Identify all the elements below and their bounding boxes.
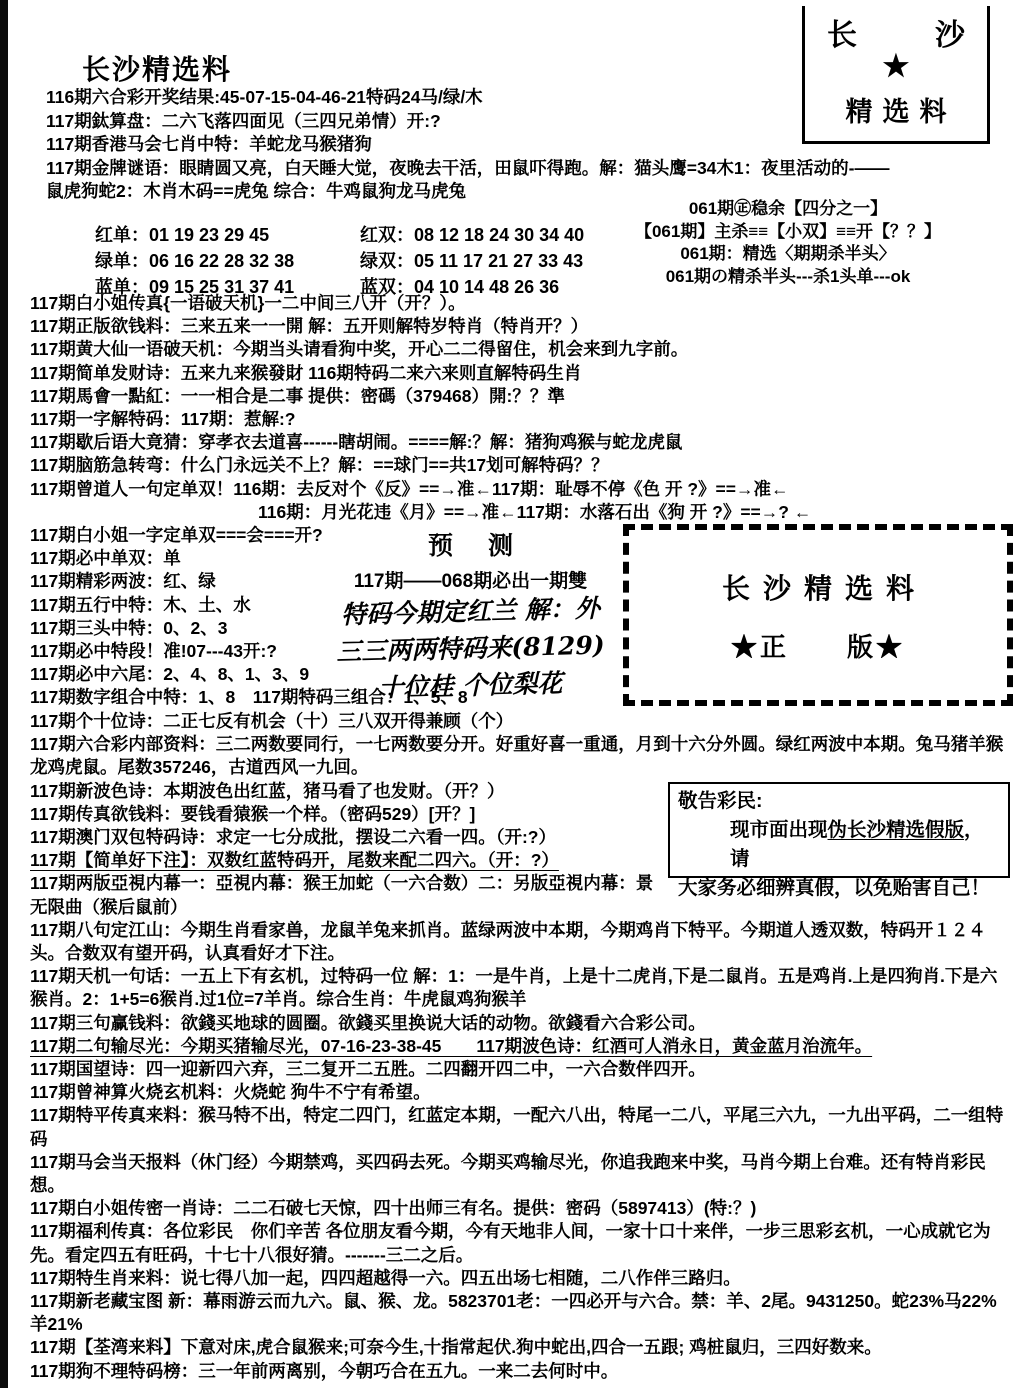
notice-box: 敬告彩民: 现市面出现伪长沙精选假版，请 大家务必细辨真假，以免贻害自己！ (668, 782, 1010, 878)
block-061-line: 061期の精杀半头---杀1头单---ok (573, 266, 1003, 289)
color-row-green: 绿单：06 16 22 28 32 38 绿双：05 11 17 21 27 3… (60, 248, 584, 274)
red-odd-cell: 红单：01 19 23 29 45 (60, 222, 360, 248)
tips-line: 116期：月光花违《月》==→准←117期：水落石出《狗 开 ?》==→? ← (30, 501, 1010, 524)
green-even-cell: 绿双：05 11 17 21 27 33 43 (360, 248, 583, 274)
body-line: 117期特平传真来料：猴马特不出，特定二四门，红蓝定本期，一配六八出，特尾一二八… (30, 1104, 1010, 1150)
body-line: 117期【荃湾来料】下意对床,虎合鼠猴来;可奈今生,十指常起伏.狗中蛇出,四合一… (30, 1336, 1010, 1359)
body-line: 117期个十位诗：二正七反有机会（十）三八双开得兼顾（个） (30, 710, 1010, 733)
body-line-underlined: 117期二句输尽光：今期买猪输尽光，07-16-23-38-45 117期波色诗… (30, 1035, 1010, 1058)
stamp-subtitle: ★正 版★ (731, 627, 905, 664)
notice-text-pre: 现市面出现 (730, 819, 828, 841)
page: { "masthead": { "line1a": "长", "line1b":… (0, 0, 1013, 1388)
prediction-center: 预 测 117期——068期必出一期雙 特码今期定红兰 解：外 三三两两特码来(… (298, 526, 643, 704)
color-row-red: 红单：01 19 23 29 45 红双：08 12 18 24 30 34 4… (60, 222, 584, 248)
masthead-char-chang: 长 (827, 10, 857, 54)
notice-heading: 敬告彩民: (678, 787, 1000, 816)
body-line: 117期狗不理特码榜：三一年前两离别，今朝巧合在五九。一来二去何时中。 (30, 1360, 1010, 1383)
tips-line: 117期馬會一點紅：一一相合是二事 提供：密碼（379468）開:？？準 (30, 385, 1010, 408)
stamp-title: 长沙精选料 (709, 567, 927, 607)
block-061-line: 【061期】主杀≡≡【小双】≡≡开【？？】 (573, 221, 1003, 244)
tips-line: 117期歇后语大竟猜：穿孝衣去道喜------瞎胡闹。====解:？解：猪狗鸡猴… (30, 431, 1010, 454)
page-title: 长沙精选料 (82, 48, 232, 88)
header-line: 117期香港马会七肖中特：羊蛇龙马猴猪狗 (46, 133, 836, 157)
notice-text: 大家务必细辨真假，以免贻害自己！ (678, 874, 1000, 903)
body-line: 117期国望诗：四一迎新四六弃，三二复开二五胜。二四翻开四二中，一六合数伴四开。 (30, 1058, 1010, 1081)
notice-text: 现市面出现伪长沙精选假版，请 (678, 816, 1000, 874)
body-line: 117期马会当天报料（休门经）今期禁鸡，买四码去死。今期买鸡输尽光，你追我跑来中… (30, 1151, 1010, 1197)
green-odd-cell: 绿单：06 16 22 28 32 38 (60, 248, 360, 274)
body-line: 117期白小姐传密一肖诗：二二石破七天惊，四十出师三有名。提供：密码（58974… (30, 1197, 1010, 1220)
masthead-line1: 长 沙 (805, 10, 987, 54)
notice-text-underlined: 伪长沙精选假版 (828, 819, 965, 841)
body-line: 117期特生肖来料：说七得八加一起，四四超越得一六。四五出场七相随，二八作伴三路… (30, 1267, 1010, 1290)
red-even-cell: 红双：08 12 18 24 30 34 40 (360, 222, 584, 248)
tips-line: 117期曾道人一句定单双！116期：去反对个《反》==→准←117期：耻辱不停《… (30, 478, 1010, 501)
masthead-char-sha: 沙 (935, 10, 965, 54)
colors-table: 红单：01 19 23 29 45 红双：08 12 18 24 30 34 4… (60, 222, 584, 300)
block-061: 061期㊣稳余【四分之一】 【061期】主杀≡≡【小双】≡≡开【？？】 061期… (573, 198, 1003, 288)
handwritten-note: 十位桂 个位梨花 (298, 662, 644, 708)
body-section: 117期个十位诗：二正七反有机会（十）三八双开得兼顾（个） 117期六合彩内部资… (30, 710, 1010, 1383)
body-line: 117期福利传真：各位彩民 你们辛苦 各位朋友看今期，今有天地非人间，一家十口十… (30, 1220, 1010, 1266)
body-line: 117期三句赢钱料：欲錢买地球的圆圈。欲錢买里换说大话的动物。欲錢看六合彩公司。 (30, 1012, 1010, 1035)
body-line: 117期天机一句话：一五上下有玄机，过特码一位 解：1：一是牛肖，上是十二虎肖,… (30, 965, 1010, 1011)
tips-section: 117期白小姐传真{一语破天机}一二中间三八开（开？）。 117期正版欲钱料：三… (30, 292, 1010, 524)
left-edge-bar (0, 0, 8, 1388)
tips-line: 117期简单发财诗：五来九来猴發財 116期特码二来六来则直解特码生肖 (30, 362, 1010, 385)
tips-line: 117期黄大仙一语破天机：今期当头请看狗中奖，开心二二得留住，机会来到九字前。 (30, 338, 1010, 361)
tips-line: 117期白小姐传真{一语破天机}一二中间三八开（开？）。 (30, 292, 1010, 315)
body-line: 117期六合彩内部资料：三二两数要同行，一七两数要分开。好重好喜一重通，月到十六… (30, 733, 1010, 779)
tips-line: 117期一字解特码：117期：惹解:? (30, 408, 1010, 431)
prediction-section: 117期白小姐一字定单双===会===开? 117期必中单双：单 117期精彩两… (30, 524, 1013, 714)
star-icon: ★ (805, 54, 987, 80)
block-061-line: 061期：精选〈期期杀半头〉 (573, 243, 1003, 266)
header-line: 117期金牌谜语：眼睛圆又亮，白天睡大觉，夜晚去干活，田鼠吓得跑。解：猫头鹰=3… (46, 157, 836, 181)
stamp-box: 长沙精选料 ★正 版★ (623, 524, 1013, 706)
body-line: 117期八句定江山：今期生肖看家兽，龙鼠羊兔来抓肖。蓝绿两波中本期，今期鸡肖下特… (30, 919, 1010, 965)
prediction-title: 预 测 (298, 526, 643, 562)
header-section: 116期六合彩开奖结果:45-07-15-04-46-21特码24马/绿/木 1… (46, 86, 836, 204)
tips-line: 117期脑筋急转弯：什么门永远关不上？解：==球门==共17划可解特码？？ (30, 454, 1010, 477)
body-line: 117期曾神算火烧玄机料：火烧蛇 狗牛不宁有希望。 (30, 1081, 1010, 1104)
tips-line: 117期正版欲钱料：三来五来一一開 解：五开则解特岁特肖（特肖开？） (30, 315, 1010, 338)
header-line: 117期鈦算盘：二六飞落四面见（三四兄弟情）开:? (46, 110, 836, 134)
header-line: 116期六合彩开奖结果:45-07-15-04-46-21特码24马/绿/木 (46, 86, 836, 110)
block-061-line: 061期㊣稳余【四分之一】 (573, 198, 1003, 221)
body-line: 117期新老藏宝图 新：幕雨游云而九六。鼠、猴、龙。5823701老：一四必开与… (30, 1290, 1010, 1336)
